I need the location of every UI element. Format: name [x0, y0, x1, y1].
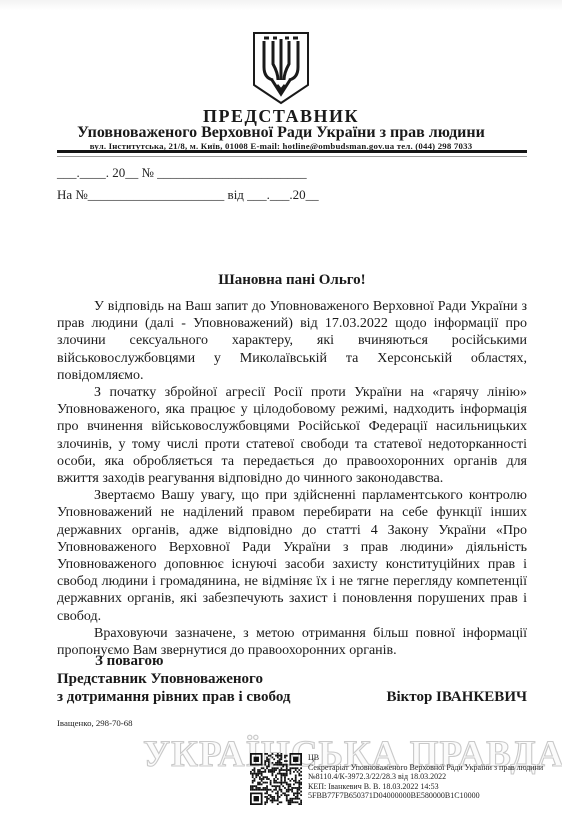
reference-block: ___.____. 20__ № _______________________… [57, 162, 357, 206]
qr-code-icon [250, 753, 302, 805]
signature-block: З повагою Представник Уповноваженого з д… [57, 652, 527, 706]
paragraph-2: З початку збройної агресії Росії проти У… [57, 384, 527, 487]
digital-signature-stamp: ЦВ Секретаріат Уповноваженого Верховної … [250, 753, 550, 805]
paragraph-1: У відповідь на Ваш запит до Уповноважено… [57, 298, 527, 384]
emblem-container [0, 30, 562, 106]
header-divider [57, 150, 527, 157]
org-subtitle: Уповноваженого Верховної Ради України з … [0, 124, 562, 142]
reference-line-incoming: На №_____________________ від ___.___.20… [57, 184, 357, 206]
reference-line-outgoing: ___.____. 20__ № _______________________ [57, 162, 357, 184]
signer-name: Віктор ІВАНКЕВИЧ [386, 688, 527, 706]
salutation: Шановна пані Ольго! [57, 272, 527, 289]
stamp-organization: Секретаріат Уповноваженого Верховної Рад… [308, 763, 550, 773]
stamp-doc-number: №8110.4/К-3972.3/22/28.3 від 18.03.2022 [308, 772, 550, 782]
signer-position-line1: Представник Уповноваженого [57, 670, 527, 688]
stamp-code: ЦВ [308, 753, 550, 763]
letter-body: У відповідь на Ваш запит до Уповноважено… [57, 298, 527, 659]
letter-document: ПРЕДСТАВНИК Уповноваженого Верховної Рад… [0, 0, 562, 814]
paragraph-3: Звертаємо Вашу увагу, що при здійсненні … [57, 487, 527, 625]
stamp-signature-info: КЕП: Іванкевич В. В. 18.03.2022 14:53 [308, 782, 550, 792]
stamp-hash: 5FBB77F7B650371D04000000BE580000B1C10000 [308, 791, 550, 801]
signature-regards: З повагою [57, 652, 527, 670]
executor-line: Іващенко, 298-70-68 [57, 718, 133, 728]
stamp-text: ЦВ Секретаріат Уповноваженого Верховної … [308, 753, 550, 801]
signer-position-line2: з дотримання рівних прав і свобод [57, 688, 290, 706]
ukraine-trident-icon [244, 30, 318, 106]
